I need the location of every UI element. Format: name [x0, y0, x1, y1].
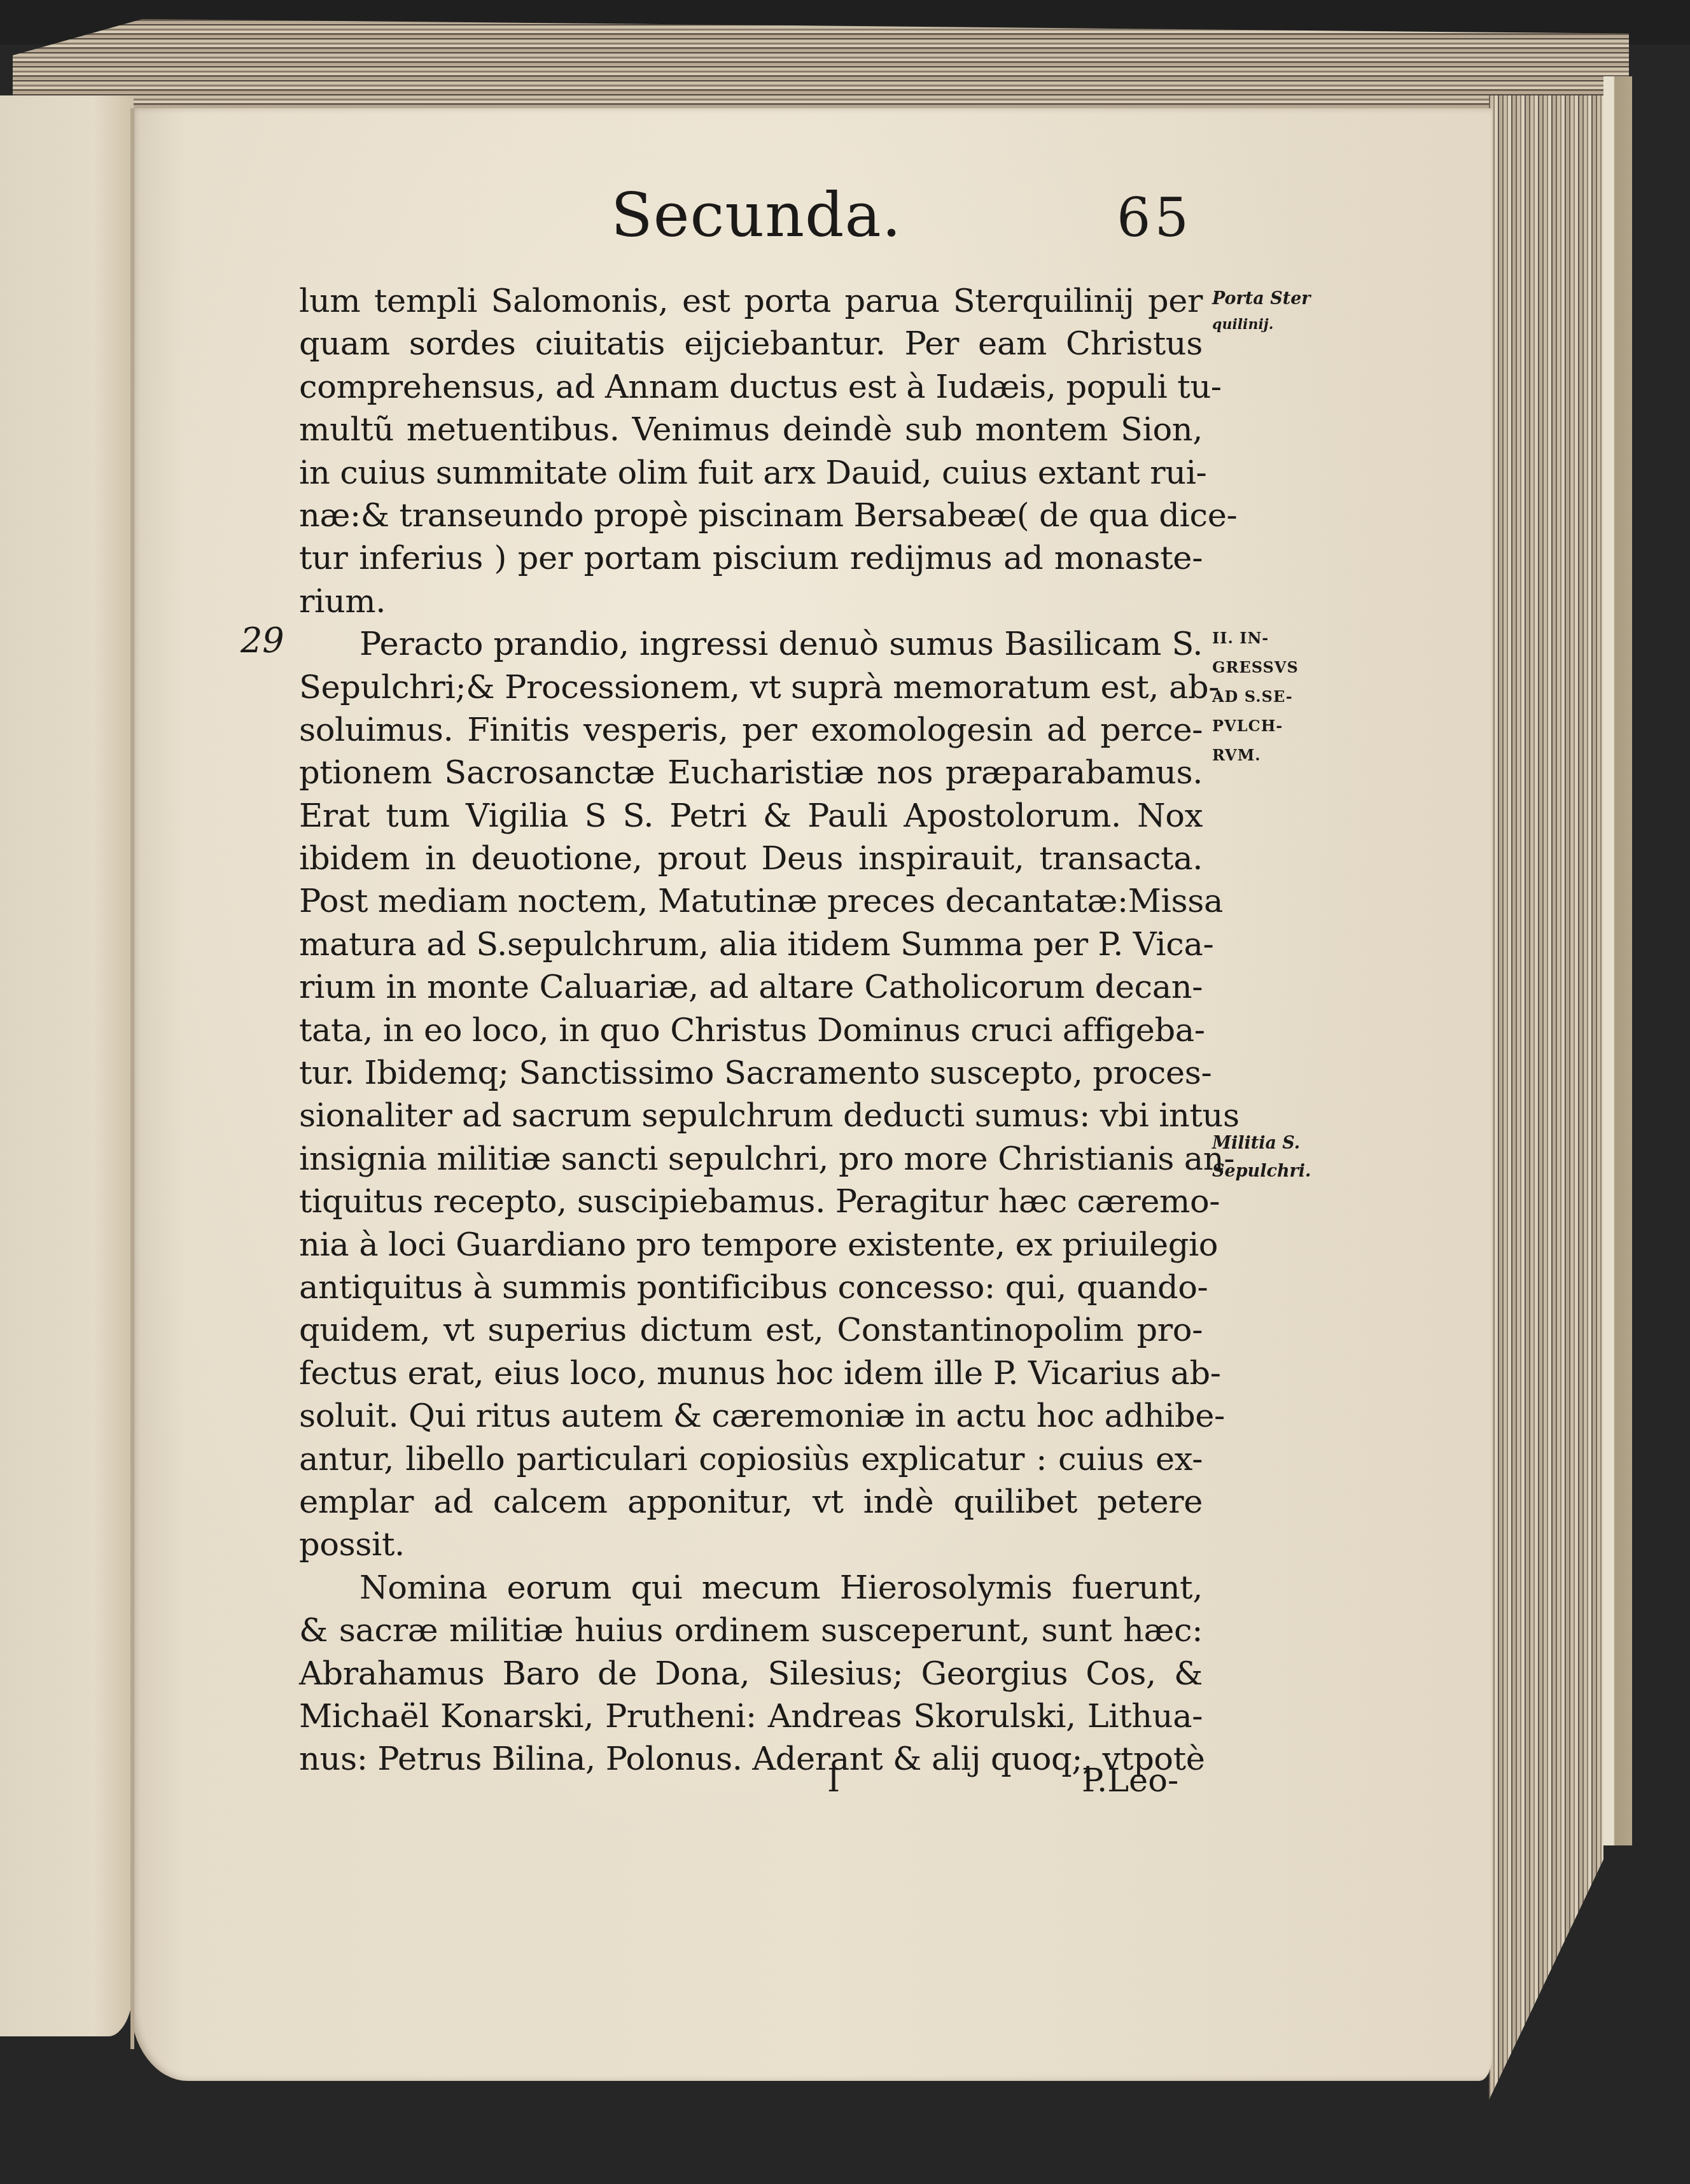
body-text: lum templi Salomonis, est porta parua St… [299, 280, 1203, 1781]
text-line: tur inferius ) per portam piscium redijm… [299, 537, 1203, 580]
text-line: sionaliter ad sacrum sepulchrum deducti … [299, 1095, 1203, 1137]
text-line: in cuius summitate olim fuit arx Dauid, … [299, 452, 1203, 494]
text-line: ibidem in deuotione, prout Deus inspirau… [299, 837, 1203, 880]
text-line: soluit. Qui ritus autem & cæremoniæ in a… [299, 1395, 1203, 1438]
side-note-line: GRESSVS [1212, 653, 1299, 682]
text-line: matura ad S.sepulchrum, alia itidem Summ… [299, 923, 1203, 966]
text-line: ptionem Sacrosanctæ Eucharistiæ nos præp… [299, 752, 1203, 794]
side-note-line: AD S.SE- [1212, 682, 1299, 711]
text-line: possit. [299, 1523, 1203, 1566]
side-note-ingressus: II. IN- GRESSVS AD S.SE- PVLCH- RVM. [1212, 624, 1299, 770]
text-line: fectus erat, eius loco, munus hoc idem i… [299, 1352, 1203, 1395]
book-fore-edge-pages [1489, 95, 1603, 2100]
text-line: soluimus. Finitis vesperis, per exomolog… [299, 709, 1203, 752]
text-line: Sepulchri;& Processionem, vt suprà memor… [299, 666, 1203, 709]
gutter-fold [130, 108, 134, 2049]
side-note-militia: Militia S. Sepulchri. [1212, 1130, 1311, 1186]
text-line: lum templi Salomonis, est porta parua St… [299, 280, 1203, 323]
text-line: antiquitus à summis pontificibus concess… [299, 1266, 1203, 1309]
text-line: rium. [299, 580, 1203, 623]
side-note-porta-sterquilinij: Porta Ster quilinij. [1212, 283, 1311, 334]
side-note-line: Porta Ster [1212, 283, 1311, 315]
text-line: insignia militiæ sancti sepulchri, pro m… [299, 1138, 1203, 1180]
side-note-line: PVLCH- [1212, 711, 1299, 741]
facing-left-page [0, 95, 134, 2036]
catchword: P.Leo- [1082, 1760, 1178, 1802]
text-line: multũ metuentibus. Venimus deindè sub mo… [299, 409, 1203, 451]
signature-mark: I [827, 1760, 840, 1802]
text-line: nus: Petrus Bilina, Polonus. Aderant & a… [299, 1738, 1203, 1781]
text-line: næ:& transeundo propè piscinam Bersabeæ(… [299, 494, 1203, 537]
book-cover-edge [1603, 76, 1632, 1845]
text-line: tata, in eo loco, in quo Christus Dominu… [299, 1009, 1203, 1052]
text-line: Abrahamus Baro de Dona, Silesius; Georgi… [299, 1653, 1203, 1695]
text-line: tiquitus recepto, suscipiebamus. Peragit… [299, 1180, 1203, 1223]
side-note-line: II. IN- [1212, 624, 1299, 653]
text-line: quidem, vt superius dictum est, Constant… [299, 1309, 1203, 1352]
text-line: tur. Ibidemq; Sanctissimo Sacramento sus… [299, 1052, 1203, 1095]
text-line: comprehensus, ad Annam ductus est à Iudæ… [299, 366, 1203, 409]
text-line: Nomina eorum qui mecum Hierosolymis fuer… [299, 1567, 1203, 1609]
text-line: Peracto prandio, ingressi denuò sumus Ba… [299, 623, 1203, 666]
side-note-line: Militia S. [1212, 1130, 1311, 1158]
side-note-line: Sepulchri. [1212, 1158, 1311, 1186]
page-number: 65 [1117, 191, 1192, 244]
text-line: Erat tum Vigilia S S. Petri & Pauli Apos… [299, 795, 1203, 837]
text-line: rium in monte Caluariæ, ad altare Cathol… [299, 966, 1203, 1009]
text-line: Michaël Konarski, Prutheni: Andreas Skor… [299, 1695, 1203, 1738]
text-line: quam sordes ciuitatis eijciebantur. Per … [299, 323, 1203, 365]
text-line: & sacræ militiæ huius ordinem susceperun… [299, 1609, 1203, 1652]
running-head: Secunda. [611, 185, 902, 246]
text-line: emplar ad calcem apponitur, vt indè quil… [299, 1481, 1203, 1523]
side-note-line: quilinij. [1212, 315, 1311, 334]
paragraph-number: 29 [241, 619, 284, 662]
side-note-line: RVM. [1212, 741, 1299, 770]
text-line: Post mediam noctem, Matutinæ preces deca… [299, 880, 1203, 923]
text-line: nia à loci Guardiano pro tempore existen… [299, 1224, 1203, 1266]
text-line: antur, libello particulari copiosiùs exp… [299, 1438, 1203, 1481]
